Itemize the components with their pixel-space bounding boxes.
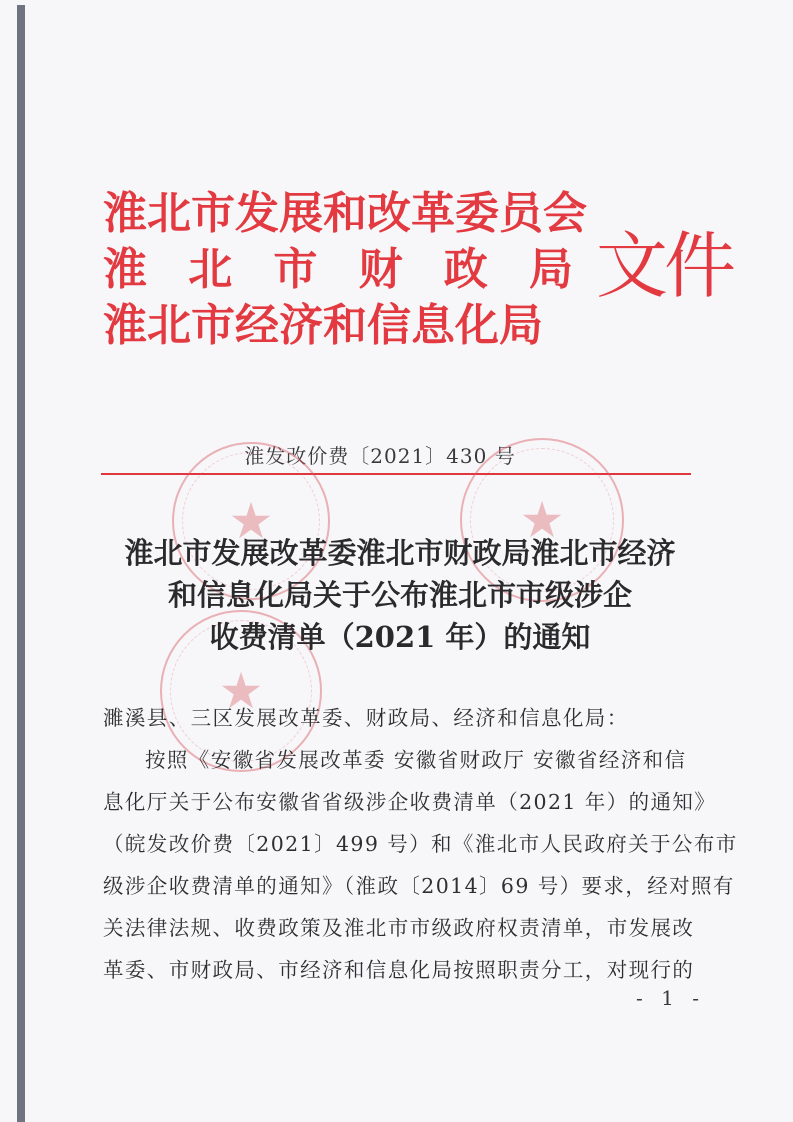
document-body: 濉溪县、三区发展改革委、财政局、经济和信息化局： 按照《安徽省发展改革委 安徽省…: [103, 700, 693, 994]
paragraph-line: 按照《安徽省发展改革委 安徽省财政厅 安徽省经济和信: [103, 742, 693, 784]
title-line: 收费清单（2021 年）的通知: [90, 616, 710, 658]
page-number: - 1 -: [636, 986, 705, 1010]
title-line: 淮北市发展改革委淮北市财政局淮北市经济: [90, 532, 710, 574]
issuer-char: 北: [188, 242, 232, 298]
paragraph-line: 息化厅关于公布安徽省省级涉企收费清单（2021 年）的通知》: [103, 784, 693, 826]
title-line: 和信息化局关于公布淮北市市级涉企: [90, 574, 710, 616]
issuer-char: 市: [273, 242, 317, 298]
issuer-economy-info-bureau: 淮北市经济和信息化局: [103, 298, 573, 354]
binding-bar: [17, 5, 25, 1122]
document-title: 淮北市发展改革委淮北市财政局淮北市经济 和信息化局关于公布淮北市市级涉企 收费清…: [90, 532, 710, 658]
paragraph-line: 关法律法规、收费政策及淮北市市级政府权责清单，市发展改: [103, 910, 693, 952]
issuer-header: 淮北市发展和改革委员会 淮 北 市 财 政 局 淮北市经济和信息化局: [103, 186, 573, 354]
issuer-development-reform: 淮北市发展和改革委员会: [103, 186, 573, 242]
addressee: 濉溪县、三区发展改革委、财政局、经济和信息化局：: [103, 700, 693, 742]
issuer-char: 财: [359, 242, 403, 298]
issuer-char: 政: [444, 242, 488, 298]
issuer-char: 局: [529, 242, 573, 298]
issuer-char: 淮: [103, 242, 147, 298]
file-label: 文件: [596, 222, 732, 310]
document-number: 淮发改价费〔2021〕430 号: [0, 440, 760, 469]
paragraph-line: 革委、市财政局、市经济和信息化局按照职责分工，对现行的: [103, 952, 693, 994]
issuer-finance-bureau: 淮 北 市 财 政 局: [103, 242, 573, 298]
paragraph-line: 级涉企收费清单的通知》（淮政〔2014〕69 号）要求，经对照有: [103, 868, 693, 910]
paragraph-line: （皖发改价费〔2021〕499 号）和《淮北市人民政府关于公布市: [103, 826, 693, 868]
